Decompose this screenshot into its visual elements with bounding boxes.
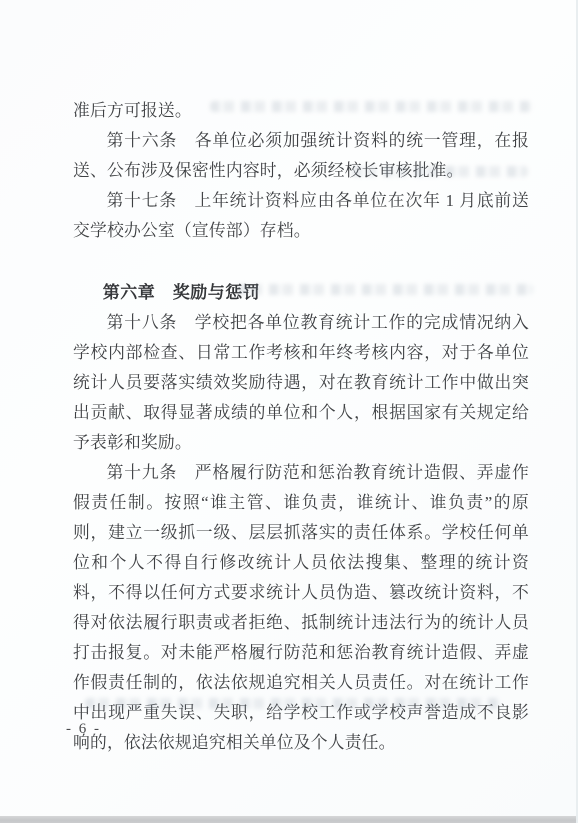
paragraph-article-17: 第十七条 上年统计资料应由各单位在次年 1 月底前送交学校办公室（宣传部）存档。 <box>73 186 529 246</box>
paragraph-article-19: 第十九条 严格履行防范和惩治教育统计造假、弄虚作假责任制。按照“谁主管、谁负责，… <box>73 458 529 758</box>
scanned-document-page: 准后方可报送。 第十六条 各单位必须加强统计资料的统一管理，在报送、公布涉及保密… <box>0 0 578 823</box>
document-text-block: 准后方可报送。 第十六条 各单位必须加强统计资料的统一管理，在报送、公布涉及保密… <box>73 96 529 758</box>
paragraph-continuation: 准后方可报送。 <box>73 96 529 126</box>
page-number: - 6 - <box>66 720 101 738</box>
scan-edge <box>0 816 578 823</box>
paragraph-article-18: 第十八条 学校把各单位教育统计工作的完成情况纳入学校内部检查、日常工作考核和年终… <box>73 308 529 458</box>
chapter-heading: 第六章 奖励与惩罚 <box>73 278 529 308</box>
paragraph-article-16: 第十六条 各单位必须加强统计资料的统一管理，在报送、公布涉及保密性内容时，必须经… <box>73 126 529 186</box>
